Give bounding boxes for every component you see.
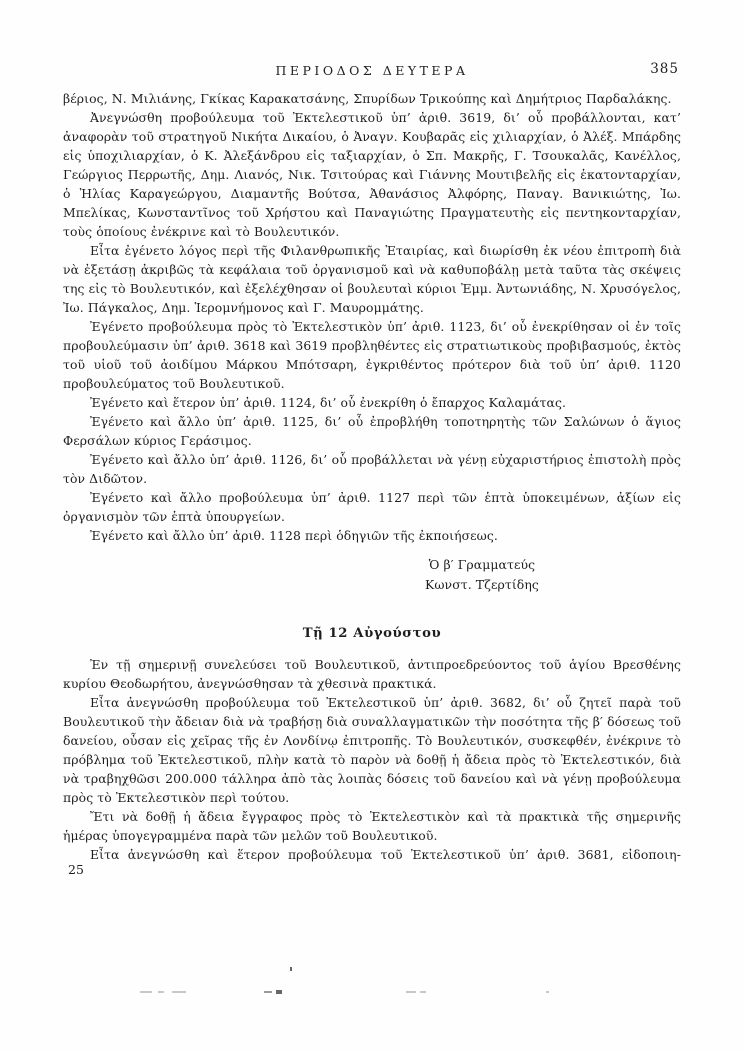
page-header: ΠΕΡΙΟΔΟΣ ΔΕΥΤΕΡΑ 385 (63, 60, 681, 80)
scan-artifact (264, 991, 272, 993)
paragraph-continuation: βέριος, Ν. Μιλιάνης, Γκίκας Καρακατσάνης… (63, 89, 681, 108)
scan-artifact (172, 991, 186, 993)
paragraph: Ἐγένετο καὶ ἄλλο ὑπ’ ἀριθ. 1126, δι’ οὗ … (63, 450, 681, 488)
paragraph: Ἔτι νὰ δοθῇ ἡ ἄδεια ἔγγραφος πρὸς τὸ Ἐκτ… (63, 807, 681, 845)
running-title: ΠΕΡΙΟΔΟΣ ΔΕΥΤΕΡΑ (275, 63, 468, 78)
paragraph: Ἀνεγνώσθη προβούλευμα τοῦ Ἐκτελεστικοῦ ὑ… (63, 108, 681, 241)
paragraph: Ἐν τῇ σημερινῇ συνελεύσει τοῦ Βουλευτικο… (63, 655, 681, 693)
paragraph: Ἐγένετο καὶ ἄλλο προβούλευμα ὑπ’ ἀριθ. 1… (63, 488, 681, 526)
signature-block: Ὁ β′ Γραμματεύς Κωνστ. Τζερτίδης (425, 555, 539, 595)
paragraph: Ἐγένετο καὶ ἄλλο ὑπ’ ἀριθ. 1125, δι’ οὗ … (63, 412, 681, 450)
scan-artifact (158, 991, 164, 993)
scan-artifact (140, 991, 152, 993)
scanned-document-page: ΠΕΡΙΟΔΟΣ ΔΕΥΤΕΡΑ 385 βέριος, Ν. Μιλιάνης… (0, 0, 744, 1052)
paragraph: Εἶτα ἀνεγνώσθη προβούλευμα τοῦ Ἐκτελεστι… (63, 693, 681, 807)
paragraph: Ἐγένετο καὶ ἄλλο ὑπ’ ἀριθ. 1128 περὶ ὁδη… (63, 526, 681, 545)
signature-role: Ὁ β′ Γραμματεύς (425, 555, 539, 575)
scan-artifact (276, 990, 282, 994)
scan-artifact (290, 967, 292, 971)
scan-artifact (546, 991, 549, 993)
paragraph: Ἐγένετο προβούλευμα πρὸς τὸ Ἐκτελεστικὸν… (63, 317, 681, 393)
page-body: βέριος, Ν. Μιλιάνης, Γκίκας Καρακατσάνης… (63, 89, 681, 879)
session-date-heading: Τῇ 12 Αὐγούστου (63, 624, 681, 643)
signature-name: Κωνστ. Τζερτίδης (425, 575, 539, 595)
paragraph-hyphenated-pagebreak: Εἶτα ἀνεγνώσθη καὶ ἕτερον προβούλευμα το… (63, 845, 681, 864)
scan-artifact (420, 991, 426, 993)
page-number: 385 (650, 61, 679, 77)
scan-artifact (406, 991, 416, 993)
paragraph: Εἶτα ἐγένετο λόγος περὶ τῆς Φιλανθρωπικῆ… (63, 241, 681, 317)
paragraph: Ἐγένετο καὶ ἕτερον ὑπ’ ἀριθ. 1124, δι’ ο… (63, 393, 681, 412)
